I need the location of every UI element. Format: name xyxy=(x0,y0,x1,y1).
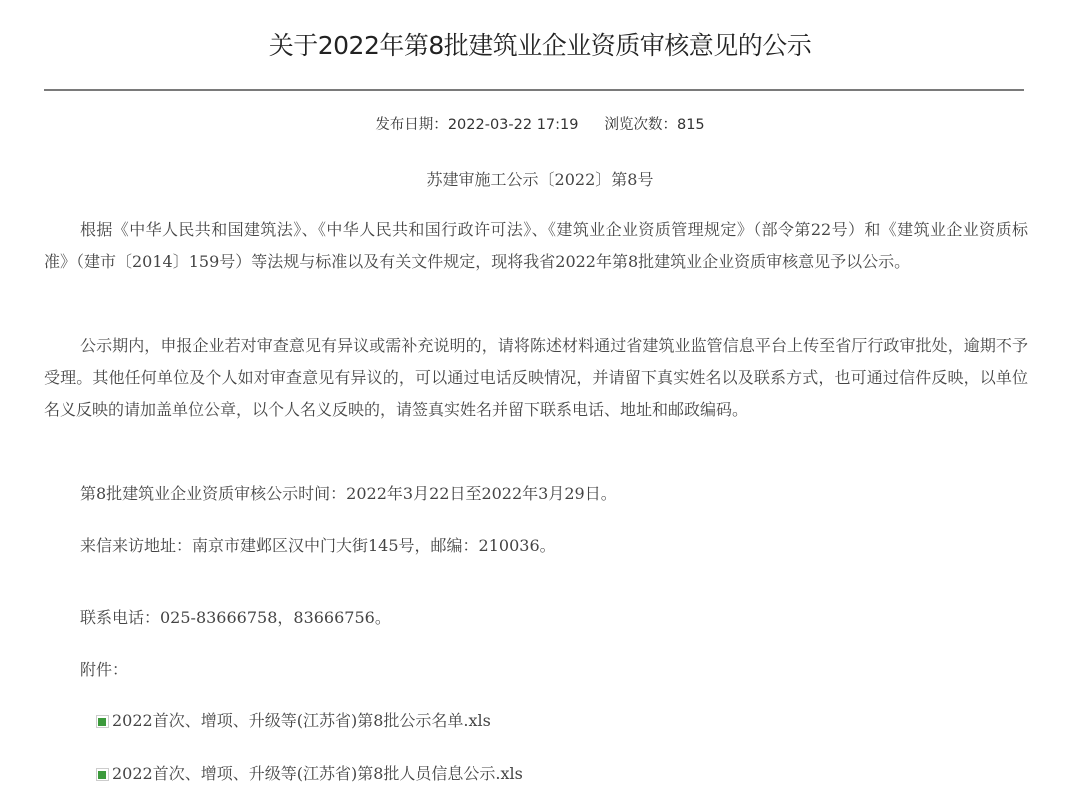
view-count-label: 浏览次数： xyxy=(604,117,677,133)
attachment-link[interactable]: 2022首次、增项、升级等(江苏省)第8批人员信息公示.xls xyxy=(112,763,523,785)
paragraph-objection-procedure: 公示期内，申报企业若对审查意见有异议或需补充说明的，请将陈述材料通过省建筑业监管… xyxy=(44,330,1028,426)
xls-file-icon xyxy=(96,715,109,728)
document-number: 苏建审施工公示〔2022〕第8号 xyxy=(0,167,1080,190)
paragraph-legal-basis: 根据《中华人民共和国建筑法》、《中华人民共和国行政许可法》、《建筑业企业资质管理… xyxy=(44,214,1028,278)
paragraph-address: 来信来访地址：南京市建邺区汉中门大街145号，邮编：210036。 xyxy=(44,530,1028,562)
view-count: 815 xyxy=(677,117,705,133)
attachment-link[interactable]: 2022首次、增项、升级等(江苏省)第8批公示名单.xls xyxy=(112,710,491,732)
article-meta: 发布日期：2022-03-22 17:19浏览次数：815 xyxy=(0,113,1080,134)
attachment-item[interactable]: 2022首次、增项、升级等(江苏省)第8批公示名单.xls xyxy=(96,710,491,732)
attachment-item[interactable]: 2022首次、增项、升级等(江苏省)第8批人员信息公示.xls xyxy=(96,763,523,785)
publish-date: 2022-03-22 17:19 xyxy=(448,117,579,133)
paragraph-phone: 联系电话：025-83666758，83666756。 xyxy=(44,602,1028,634)
publish-date-label: 发布日期： xyxy=(375,117,448,133)
attachments-label: 附件： xyxy=(44,654,1028,686)
paragraph-publicity-period: 第8批建筑业企业资质审核公示时间：2022年3月22日至2022年3月29日。 xyxy=(44,478,1028,510)
article-title: 关于2022年第8批建筑业企业资质审核意见的公示 xyxy=(0,26,1080,62)
xls-file-icon xyxy=(96,768,109,781)
title-divider xyxy=(44,89,1024,91)
